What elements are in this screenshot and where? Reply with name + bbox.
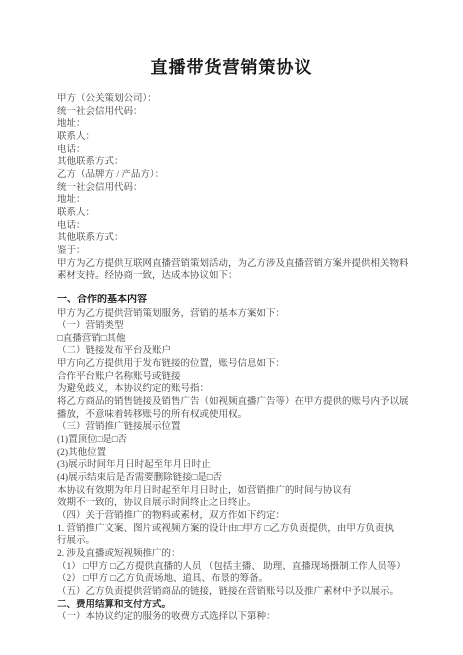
- document-page: 直播带货营销策协议 甲方（公关策划公司）：统一社会信用代码：地址：联系人：电话：…: [0, 0, 463, 655]
- doc-line: 电话：: [57, 220, 408, 233]
- doc-line: （1） □甲方 □乙方提供直播的人员 （包括主播、 助理、直播现场摄制工作人员等…: [57, 561, 408, 574]
- doc-line: 其他联系方式：: [57, 232, 408, 245]
- doc-line: 甲方（公关策划公司）：: [57, 93, 408, 106]
- doc-line: 2. 涉及直播或短视频推广的：: [57, 548, 408, 561]
- doc-line: 地址：: [57, 118, 408, 131]
- doc-line: （一）本协议约定的服务的收费方式选择以下第种：: [57, 611, 408, 624]
- doc-line: 统一社会信用代码：: [57, 182, 408, 195]
- section-heading: 一、合作的基本内容: [57, 294, 408, 307]
- doc-line: 效期不一致的，协议自展示时间终止之日终止。: [57, 497, 408, 510]
- doc-line: （二）链接发布平台及账户: [57, 345, 408, 358]
- doc-line: 电话：: [57, 144, 408, 157]
- doc-line: (2)其他位置: [57, 447, 408, 460]
- doc-line: （一）营销类型: [57, 320, 408, 333]
- document-body: 甲方（公关策划公司）：统一社会信用代码：地址：联系人：电话：其他联系方式：乙方（…: [0, 93, 463, 624]
- doc-line: 1. 营销推广文案、图片或视频方案的设计由□甲方 □乙方负责提供，由甲方负责执: [57, 523, 408, 536]
- doc-line: 联系人：: [57, 207, 408, 220]
- doc-line: 其他联系方式：: [57, 156, 408, 169]
- doc-line: 素材支持。经协商一致，达成本协议如下：: [57, 270, 408, 283]
- doc-line: 联系人：: [57, 131, 408, 144]
- doc-line: 甲方向乙方提供用于发布链接的位置，账号信息如下：: [57, 358, 408, 371]
- doc-line: （2） □甲方 □乙方负责场地、道具、布景的筹备。: [57, 573, 408, 586]
- doc-line: 本协议有效期为年月日时起至年月日时止，如营销推广的时间与协议有: [57, 485, 408, 498]
- doc-line: 甲方为乙方提供营销策划服务，营销的基本方案如下：: [57, 308, 408, 321]
- document-title: 直播带货营销策协议: [0, 0, 463, 78]
- doc-line: （三）营销推广链接展示位置: [57, 421, 408, 434]
- doc-line: 鉴于：: [57, 245, 408, 258]
- doc-line: 地址：: [57, 194, 408, 207]
- doc-line: (3)展示时间年月日时起至年月日时止: [57, 459, 408, 472]
- doc-line: 将乙方商品的销售链接及销售广告（如视频直播广告等）在甲方提供的账号内予以展示、: [57, 396, 408, 409]
- doc-line: （五）乙方负责提供营销商品的链接，链接在营销账号以及推广素材中予以展示。: [57, 586, 408, 599]
- doc-line: 乙方（品牌方 / 产品方）：: [57, 169, 408, 182]
- doc-line: （四）关于营销推广的物料或素材，双方作如下约定：: [57, 510, 408, 523]
- doc-line: □直播营销□其他: [57, 333, 408, 346]
- doc-line: 统一社会信用代码：: [57, 106, 408, 119]
- doc-line: 播放，不意味着转移账号的所有权或使用权。: [57, 409, 408, 422]
- doc-line: 行展示。: [57, 535, 408, 548]
- section-heading: 二、费用结算和支付方式。: [57, 599, 408, 612]
- doc-line: 合作平台账户名称账号或链接: [57, 371, 408, 384]
- doc-line: 为避免歧义，本协议约定的账号指：: [57, 383, 408, 396]
- doc-line: (4)展示结束后是否需要删除链接□是□否: [57, 472, 408, 485]
- doc-line: 甲方为乙方提供互联网直播营销策划活动，为乙方涉及直播营销方案并提供相关物料或: [57, 258, 408, 271]
- doc-line: (1)置顶位□是□否: [57, 434, 408, 447]
